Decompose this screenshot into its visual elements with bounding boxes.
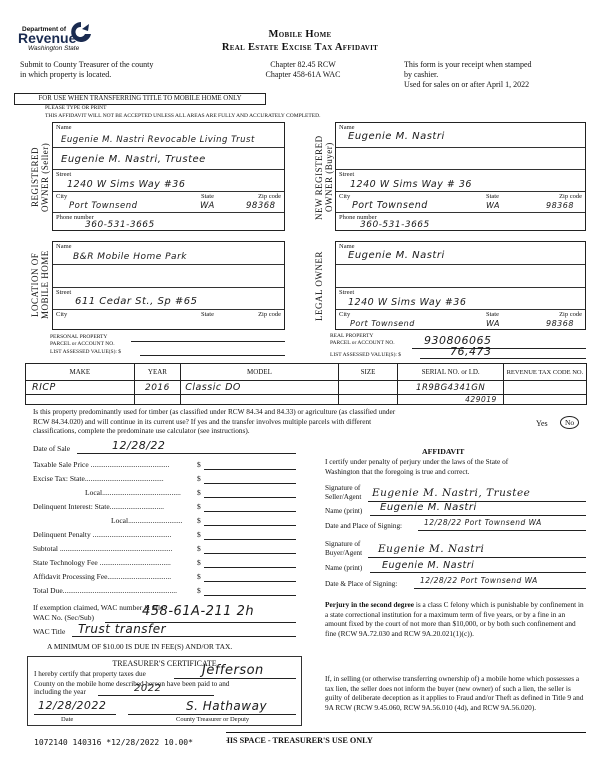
fee-field[interactable]: [204, 469, 296, 470]
col-revenue-tax-header: REVENUE TAX CODE NO.: [503, 364, 586, 381]
type-or-print: PLEASE TYPE OR PRINT: [45, 105, 106, 111]
location-box: Name B&R Mobile Home Park Street 611 Ced…: [52, 241, 285, 330]
fee-field[interactable]: [204, 511, 296, 512]
fee-field[interactable]: [204, 497, 296, 498]
fee-field[interactable]: [204, 567, 296, 568]
personal-property-label: PERSONAL PROPERTY PARCEL or ACCOUNT NO.: [50, 334, 115, 348]
fee-field[interactable]: [204, 483, 296, 484]
fee-field[interactable]: [204, 581, 296, 582]
buyer-name-print-field[interactable]: [370, 572, 586, 573]
form-title-line1: Mobile Home: [0, 29, 600, 40]
treasurer-text-1: I hereby certify that property taxes due: [34, 670, 146, 678]
col-year-header: YEAR: [134, 364, 181, 381]
date-of-sale-field[interactable]: [77, 453, 296, 454]
usage-banner: FOR USE WHEN TRANSFERRING TITLE TO MOBIL…: [14, 93, 266, 105]
legal-owner-box: Name Eugenie M. Nastri Street 1240 W Sim…: [335, 241, 586, 330]
buyer-city-field[interactable]: Port Townsend: [352, 200, 428, 211]
fee-field[interactable]: [204, 595, 296, 596]
buyer-date-place-label: Date & Place of Signing:: [325, 580, 397, 588]
treasurer-signature-value: S. Hathaway: [186, 699, 267, 713]
buyer-name-print-label: Name (print): [325, 564, 362, 572]
buyer-date-place-field[interactable]: [414, 588, 586, 589]
receipt-note: This form is your receipt when stamped b…: [404, 60, 532, 90]
legal-zip-field[interactable]: 98368: [546, 319, 574, 328]
minimum-due-note: A MINIMUM OF $10.00 IS DUE IN FEE(S) AND…: [47, 642, 232, 651]
pp-assessed-label: LIST ASSESSED VALUE(S): $: [50, 349, 121, 355]
treasurer-date-value: 12/28/2022: [38, 699, 106, 712]
seller-sig-label: Signature of Seller/Agent: [325, 484, 361, 502]
treasurer-year-field[interactable]: [98, 695, 214, 696]
revenue-tax-cell[interactable]: [503, 381, 586, 395]
treasurer-date-field[interactable]: [34, 714, 116, 715]
seller-state-field[interactable]: WA: [200, 201, 215, 211]
legal-street-field[interactable]: 1240 W Sims Way #36: [348, 297, 466, 308]
year-cell[interactable]: 2016: [134, 381, 181, 395]
serial-cell-2[interactable]: 429019: [398, 395, 503, 405]
seller-section-label: REGISTERED OWNER (Seller): [30, 125, 54, 230]
fee-field[interactable]: [204, 525, 296, 526]
location-section-label: LOCATION OF MOBILE HOME: [30, 240, 54, 330]
seller-phone-field[interactable]: 360-531-3665: [85, 220, 155, 230]
wac-title-label: WAC Title: [33, 627, 65, 636]
seller-date-place-field[interactable]: [418, 530, 586, 531]
submit-text: Submit to County Treasurer of the county…: [20, 60, 153, 80]
perjury-notice: Perjury in the second degree is a class …: [325, 600, 587, 638]
personal-property-field[interactable]: [131, 341, 285, 342]
buyer-state-field[interactable]: WA: [486, 201, 500, 210]
use-no-option[interactable]: No: [560, 416, 579, 429]
date-of-sale-value: 12/28/22: [112, 439, 165, 452]
fee-delinq-interest-local: Local.............................$: [111, 516, 182, 525]
table-row: RICP 2016 Classic DO 1R9BG4341GN: [26, 381, 587, 395]
seller-name-2-field[interactable]: Eugenie M. Nastri, Trustee: [61, 154, 206, 165]
treasurer-date-label: Date: [61, 716, 73, 723]
seller-street-field[interactable]: 1240 W Sims Way #36: [67, 179, 185, 190]
wac-title-value: Trust transfer: [78, 622, 166, 636]
fee-state-tech: State Technology Fee ...................…: [33, 558, 171, 567]
mobile-home-table: MAKE YEAR MODEL SIZE SERIAL NO. or I.D. …: [25, 363, 587, 405]
buyer-name-print-value: Eugenie M. Nastri: [382, 560, 474, 571]
seller-box: Name Eugenie M. Nastri Revocable Living …: [52, 122, 285, 231]
buyer-sig-label: Signature of Buyer/Agent: [325, 540, 362, 558]
col-model-header: MODEL: [181, 364, 338, 381]
treasurer-use-label: THIS SPACE - TREASURER'S USE ONLY: [226, 736, 416, 745]
buyer-date-place-value: 12/28/22 Port Townsend WA: [420, 576, 538, 585]
chapter-refs: Chapter 82.45 RCW Chapter 458-61A WAC: [248, 60, 358, 80]
model-cell[interactable]: Classic DO: [181, 381, 338, 395]
treasurer-signature-field[interactable]: [128, 714, 296, 715]
treasurer-county-field[interactable]: [174, 678, 296, 679]
wac-no-label: WAC No. (Sec/Sub): [33, 613, 94, 622]
fee-excise-local: Local...................................…: [85, 488, 181, 497]
seller-date-place-label: Date and Place of Signing:: [325, 522, 402, 530]
wac-no-value: 458-61A-211 2h: [142, 604, 254, 619]
rp-assessed-value-field[interactable]: [420, 358, 586, 359]
treasurer-sig-label: County Treasurer or Deputy: [176, 716, 249, 723]
treasurer-county-value: Jefferson: [202, 663, 264, 678]
real-property-field[interactable]: [412, 348, 586, 349]
fee-affidavit-processing: Affidavit Processing Fee................…: [33, 572, 171, 581]
rp-assessed-value: 76,473: [450, 345, 492, 358]
pp-assessed-value-field[interactable]: [140, 355, 285, 356]
fee-excise-state: Excise Tax: State.......................…: [33, 474, 297, 483]
location-name-1-field[interactable]: B&R Mobile Home Park: [73, 252, 187, 262]
fee-field[interactable]: [204, 539, 296, 540]
col-serial-header: SERIAL NO. or I.D.: [398, 364, 503, 381]
buyer-zip-field[interactable]: 98368: [546, 201, 574, 210]
buyer-box: Name Eugenie M. Nastri Street 1240 W Sim…: [335, 122, 586, 231]
seller-zip-field[interactable]: 98368: [246, 201, 276, 211]
seller-date-place-value: 12/28/22 Port Townsend WA: [424, 518, 542, 527]
treasurer-use-divider: [226, 732, 586, 733]
table-row: 429019: [26, 395, 587, 405]
use-yes-option[interactable]: Yes: [536, 419, 548, 428]
use-question: Is this property predominantly used for …: [33, 407, 395, 436]
wac-title-field[interactable]: [72, 636, 296, 637]
fee-taxable-price: Taxable Sale Price .....................…: [33, 460, 297, 469]
treasurer-text-3: including the year: [34, 688, 86, 696]
treasurer-certificate-box: TREASURER'S CERTIFICATE I hereby certify…: [27, 656, 302, 726]
treasurer-year-value: 2022: [134, 683, 161, 694]
buyer-signature-field[interactable]: [368, 557, 586, 558]
fee-delinq-penalty: Delinquent Penalty .....................…: [33, 530, 171, 539]
fee-subtotal: Subtotal ...............................…: [33, 544, 172, 553]
seller-name-print-label: Name (print): [325, 507, 362, 515]
size-cell[interactable]: [338, 381, 398, 395]
col-make-header: MAKE: [26, 364, 135, 381]
seller-name-print-value: Eugenie M. Nastri: [380, 502, 477, 513]
fee-delinq-interest-state: Delinquent Interest: State..............…: [33, 502, 164, 511]
location-street-field[interactable]: 611 Cedar St., Sp #65: [75, 296, 197, 307]
legal-city-field[interactable]: Port Townsend: [350, 319, 415, 328]
legal-name-1-field[interactable]: Eugenie M. Nastri: [348, 250, 445, 261]
fee-field[interactable]: [204, 553, 296, 554]
legal-state-field[interactable]: WA: [486, 319, 500, 328]
col-size-header: SIZE: [338, 364, 398, 381]
buyer-name-1-field[interactable]: Eugenie M. Nastri: [348, 131, 445, 142]
seller-signature-value: Eugenie M. Nastri, Trustee: [372, 487, 530, 499]
real-property-label: REAL PROPERTY PARCEL or ACCOUNT NO.: [330, 333, 395, 347]
buyer-signature-value: Eugenie M. Nastri: [378, 543, 484, 555]
completion-warning: THIS AFFIDAVIT WILL NOT BE ACCEPTED UNLE…: [45, 113, 320, 119]
tax-lien-notice: If, in selling (or otherwise transferrin…: [325, 674, 587, 712]
seller-city-field[interactable]: Port Townsend: [69, 201, 137, 211]
seller-name-print-field[interactable]: [370, 515, 586, 516]
seller-name-1-field[interactable]: Eugenie M. Nastri Revocable Living Trust: [61, 135, 255, 145]
affidavit-title: AFFIDAVIT: [422, 447, 464, 456]
form-title-line2: Real Estate Excise Tax Affidavit: [0, 42, 600, 53]
buyer-phone-field[interactable]: 360-531-3665: [360, 220, 430, 230]
cashier-stamp: 1072140 140316 *12/28/2022 10.00*: [34, 738, 193, 747]
affidavit-certify: I certify under penalty of perjury under…: [325, 457, 508, 477]
table-header-row: MAKE YEAR MODEL SIZE SERIAL NO. or I.D. …: [26, 364, 587, 381]
treasurer-text-2: County on the mobile home described here…: [34, 680, 229, 688]
serial-cell[interactable]: 1R9BG4341GN: [398, 381, 503, 395]
buyer-street-field[interactable]: 1240 W Sims Way # 36: [350, 179, 472, 190]
date-of-sale-label: Date of Sale: [33, 444, 70, 453]
fee-total-due: Total Due...............................…: [33, 586, 177, 595]
make-cell[interactable]: RICP: [26, 381, 135, 395]
rp-assessed-label: LIST ASSESSED VALUE(S): $: [330, 352, 401, 358]
